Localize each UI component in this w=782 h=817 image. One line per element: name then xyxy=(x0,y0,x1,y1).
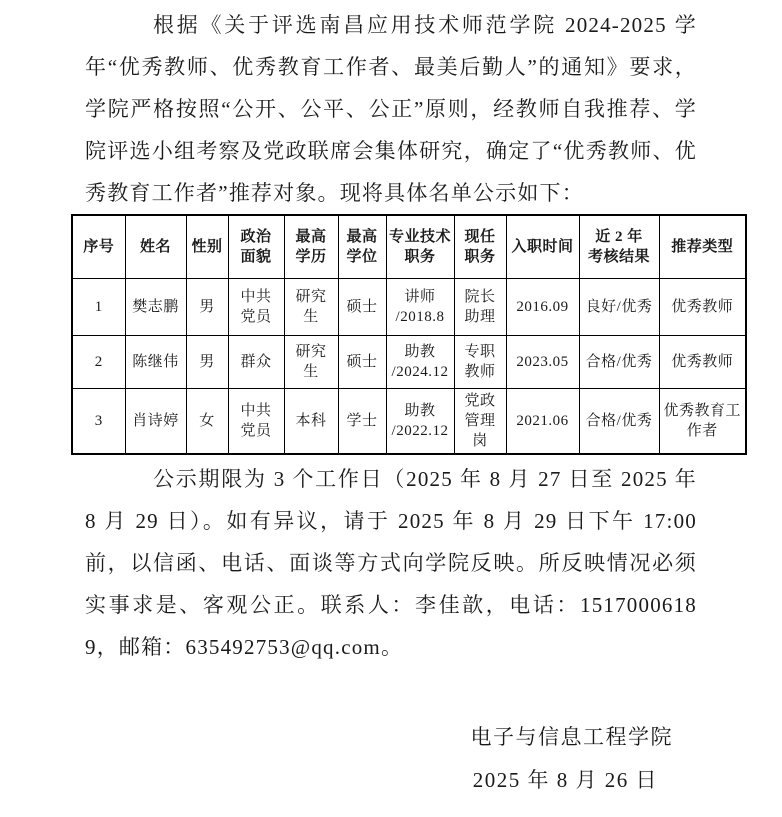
cell-highest-degree: 学士 xyxy=(338,388,386,454)
cell-recommendation-type: 优秀教育工 作者 xyxy=(659,388,746,454)
cell-highest-education: 本科 xyxy=(284,388,338,454)
cell-recommendation-type: 优秀教师 xyxy=(659,335,746,388)
cell-highest-degree: 硕士 xyxy=(338,278,386,335)
cell-gender: 男 xyxy=(186,335,228,388)
cell-hire-date: 2016.09 xyxy=(506,278,579,335)
table-row: 1 樊志鹏 男 中共 党员 研究 生 硕士 讲师 /2018.8 院长 助理 2… xyxy=(72,278,746,335)
table-row: 2 陈继伟 男 群众 研究 生 硕士 助教 /2024.12 专职 教师 202… xyxy=(72,335,746,388)
cell-highest-education: 研究 生 xyxy=(284,335,338,388)
cell-political-status: 群众 xyxy=(228,335,284,388)
cell-highest-education: 研究 生 xyxy=(284,278,338,335)
signature-block: 电子与信息工程学院 2025 年 8 月 26 日 xyxy=(0,716,782,802)
cell-highest-degree: 硕士 xyxy=(338,335,386,388)
cell-current-position: 专职 教师 xyxy=(454,335,506,388)
cell-index: 1 xyxy=(72,278,125,335)
signature-date: 2025 年 8 月 26 日 xyxy=(0,759,782,802)
header-cell-name: 姓名 xyxy=(125,215,186,278)
cell-current-position: 党政 管理 岗 xyxy=(454,388,506,454)
cell-professional-title: 助教 /2024.12 xyxy=(386,335,454,388)
cell-political-status: 中共 党员 xyxy=(228,388,284,454)
signature-department: 电子与信息工程学院 xyxy=(0,716,782,759)
header-cell-appraisal-results: 近 2 年 考核结果 xyxy=(579,215,659,278)
header-cell-recommendation-type: 推荐类型 xyxy=(659,215,746,278)
cell-hire-date: 2023.05 xyxy=(506,335,579,388)
header-cell-highest-degree: 最高 学位 xyxy=(338,215,386,278)
cell-appraisal-results: 合格/优秀 xyxy=(579,388,659,454)
cell-appraisal-results: 合格/优秀 xyxy=(579,335,659,388)
header-cell-political-status: 政治 面貌 xyxy=(228,215,284,278)
cell-name: 樊志鹏 xyxy=(125,278,186,335)
cell-gender: 男 xyxy=(186,278,228,335)
cell-professional-title: 助教 /2022.12 xyxy=(386,388,454,454)
cell-current-position: 院长 助理 xyxy=(454,278,506,335)
cell-gender: 女 xyxy=(186,388,228,454)
intro-paragraph: 根据《关于评选南昌应用技术师范学院 2024-2025 学年“优秀教师、优秀教育… xyxy=(85,0,697,214)
cell-appraisal-results: 良好/优秀 xyxy=(579,278,659,335)
header-cell-gender: 性别 xyxy=(186,215,228,278)
table-row: 3 肖诗婷 女 中共 党员 本科 学士 助教 /2022.12 党政 管理 岗 … xyxy=(72,388,746,454)
header-cell-hire-date: 入职时间 xyxy=(506,215,579,278)
cell-name: 肖诗婷 xyxy=(125,388,186,454)
cell-professional-title: 讲师 /2018.8 xyxy=(386,278,454,335)
header-cell-highest-education: 最高 学历 xyxy=(284,215,338,278)
header-cell-index: 序号 xyxy=(72,215,125,278)
header-cell-current-position: 现任 职务 xyxy=(454,215,506,278)
cell-hire-date: 2021.06 xyxy=(506,388,579,454)
cell-name: 陈继伟 xyxy=(125,335,186,388)
document-page: 根据《关于评选南昌应用技术师范学院 2024-2025 学年“优秀教师、优秀教育… xyxy=(0,0,782,817)
cell-index: 2 xyxy=(72,335,125,388)
table-header-row: 序号 姓名 性别 政治 面貌 最高 学历 最高 学位 专业技术 职务 现任 职务… xyxy=(72,215,746,278)
notice-paragraph: 公示期限为 3 个工作日（2025 年 8 月 27 日至 2025 年 8 月… xyxy=(85,458,697,668)
header-cell-professional-title: 专业技术 职务 xyxy=(386,215,454,278)
cell-recommendation-type: 优秀教师 xyxy=(659,278,746,335)
recommendation-roster-table: 序号 姓名 性别 政治 面貌 最高 学历 最高 学位 专业技术 职务 现任 职务… xyxy=(71,214,747,455)
cell-political-status: 中共 党员 xyxy=(228,278,284,335)
cell-index: 3 xyxy=(72,388,125,454)
